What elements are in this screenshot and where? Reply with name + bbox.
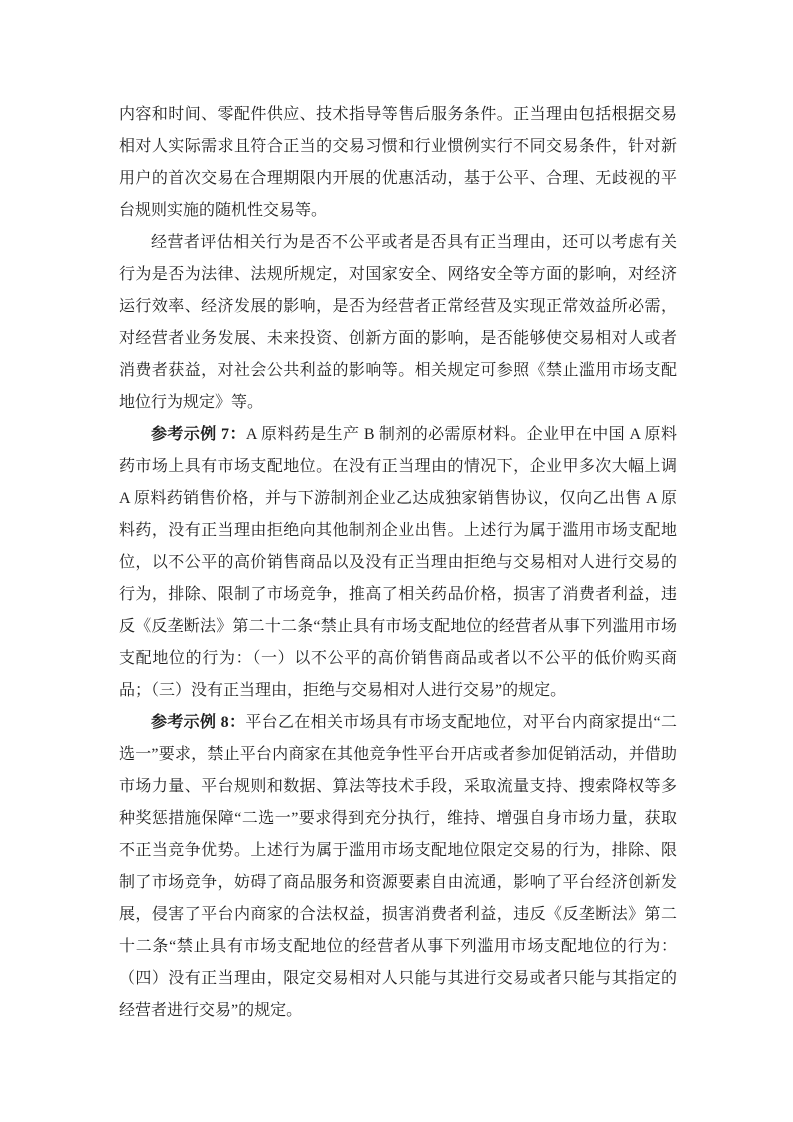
- document-page: 内容和时间、零配件供应、技术指导等售后服务条件。正当理由包括根据交易相对人实际需…: [0, 0, 793, 1122]
- paragraph-text: 经营者评估相关行为是否不公平或者是否具有正当理由，还可以考虑有关行为是否为法律、…: [119, 234, 677, 411]
- paragraph-text: 内容和时间、零配件供应、技术指导等售后服务条件。正当理由包括根据交易相对人实际需…: [119, 106, 677, 219]
- paragraph-continuation: 内容和时间、零配件供应、技术指导等售后服务条件。正当理由包括根据交易相对人实际需…: [119, 99, 677, 227]
- paragraph-text: A 原料药是生产 B 制剂的必需原材料。企业甲在中国 A 原料药市场上具有市场支…: [119, 426, 677, 699]
- paragraph-example-7: 参考示例 7：A 原料药是生产 B 制剂的必需原材料。企业甲在中国 A 原料药市…: [119, 419, 677, 707]
- paragraph-example-8: 参考示例 8：平台乙在相关市场具有市场支配地位，对平台内商家提出“二选一”要求，…: [119, 707, 677, 1027]
- document-body: 内容和时间、零配件供应、技术指导等售后服务条件。正当理由包括根据交易相对人实际需…: [119, 99, 677, 1027]
- example-7-label: 参考示例 7：: [151, 426, 246, 443]
- example-8-label: 参考示例 8：: [151, 714, 245, 731]
- paragraph-evaluation: 经营者评估相关行为是否不公平或者是否具有正当理由，还可以考虑有关行为是否为法律、…: [119, 227, 677, 419]
- paragraph-text: 平台乙在相关市场具有市场支配地位，对平台内商家提出“二选一”要求，禁止平台内商家…: [119, 714, 677, 1019]
